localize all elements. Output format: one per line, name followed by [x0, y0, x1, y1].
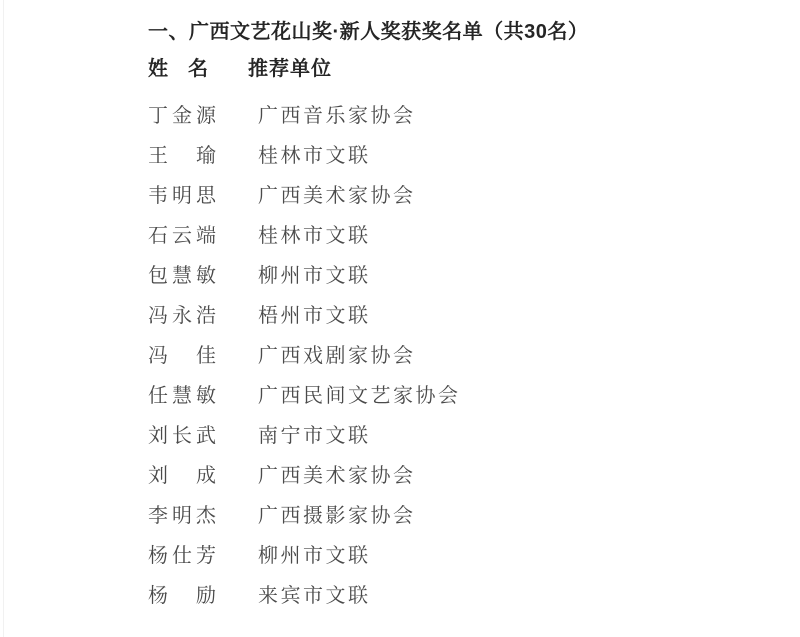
table-row: 王瑜 桂林市文联: [148, 133, 800, 173]
document-page: 一、广西文艺花山奖·新人奖获奖名单（共30名） 姓 名 推荐单位 丁金源 广西音…: [0, 0, 800, 637]
recommending-unit: 广西戏剧家协会: [258, 339, 416, 368]
winner-name: 包慧敏: [148, 259, 216, 288]
recommending-unit: 桂林市文联: [258, 219, 371, 248]
winner-name: 李明杰: [148, 499, 216, 528]
column-header-name: 姓 名: [148, 59, 216, 79]
table-row: 杨励 来宾市文联: [148, 573, 800, 613]
recommending-unit: 来宾市文联: [258, 579, 371, 608]
table-row: 包慧敏 柳州市文联: [148, 253, 800, 293]
document-body: 一、广西文艺花山奖·新人奖获奖名单（共30名） 姓 名 推荐单位 丁金源 广西音…: [0, 0, 800, 613]
recommending-unit: 广西摄影家协会: [258, 499, 416, 528]
recommending-unit: 广西美术家协会: [258, 179, 416, 208]
page-edge-line: [3, 0, 4, 637]
table-row: 冯佳 广西戏剧家协会: [148, 333, 800, 373]
winner-name: 冯永浩: [148, 299, 216, 328]
recommending-unit: 柳州市文联: [258, 259, 371, 288]
recommending-unit: 南宁市文联: [258, 419, 371, 448]
recommending-unit: 柳州市文联: [258, 539, 371, 568]
recommending-unit: 广西美术家协会: [258, 459, 416, 488]
winner-name: 刘成: [148, 459, 216, 488]
winner-name: 韦明思: [148, 179, 216, 208]
table-row: 丁金源 广西音乐家协会: [148, 93, 800, 133]
winner-name: 王瑜: [148, 139, 216, 168]
column-header-recommending-unit: 推荐单位: [248, 59, 332, 79]
recommending-unit: 梧州市文联: [258, 299, 371, 328]
winner-name: 杨仕芳: [148, 539, 216, 568]
table-row: 刘长武 南宁市文联: [148, 413, 800, 453]
winner-name: 杨励: [148, 579, 216, 608]
table-row: 冯永浩 梧州市文联: [148, 293, 800, 333]
section-title: 一、广西文艺花山奖·新人奖获奖名单（共30名）: [148, 22, 800, 42]
table-row: 李明杰 广西摄影家协会: [148, 493, 800, 533]
table-row: 韦明思 广西美术家协会: [148, 173, 800, 213]
table-row: 任慧敏 广西民间文艺家协会: [148, 373, 800, 413]
winner-name: 石云端: [148, 219, 216, 248]
recommending-unit: 广西音乐家协会: [258, 99, 416, 128]
table-row: 杨仕芳 柳州市文联: [148, 533, 800, 573]
table-header-row: 姓 名 推荐单位: [148, 59, 800, 79]
table-rows: 丁金源 广西音乐家协会 王瑜 桂林市文联 韦明思 广西美术家协会 石云端 桂林市…: [148, 93, 800, 613]
recommending-unit: 广西民间文艺家协会: [258, 379, 461, 408]
winner-name: 丁金源: [148, 99, 216, 128]
table-row: 刘成 广西美术家协会: [148, 453, 800, 493]
winner-name: 任慧敏: [148, 379, 216, 408]
winner-name: 刘长武: [148, 419, 216, 448]
table-row: 石云端 桂林市文联: [148, 213, 800, 253]
winner-name: 冯佳: [148, 339, 216, 368]
recommending-unit: 桂林市文联: [258, 139, 371, 168]
